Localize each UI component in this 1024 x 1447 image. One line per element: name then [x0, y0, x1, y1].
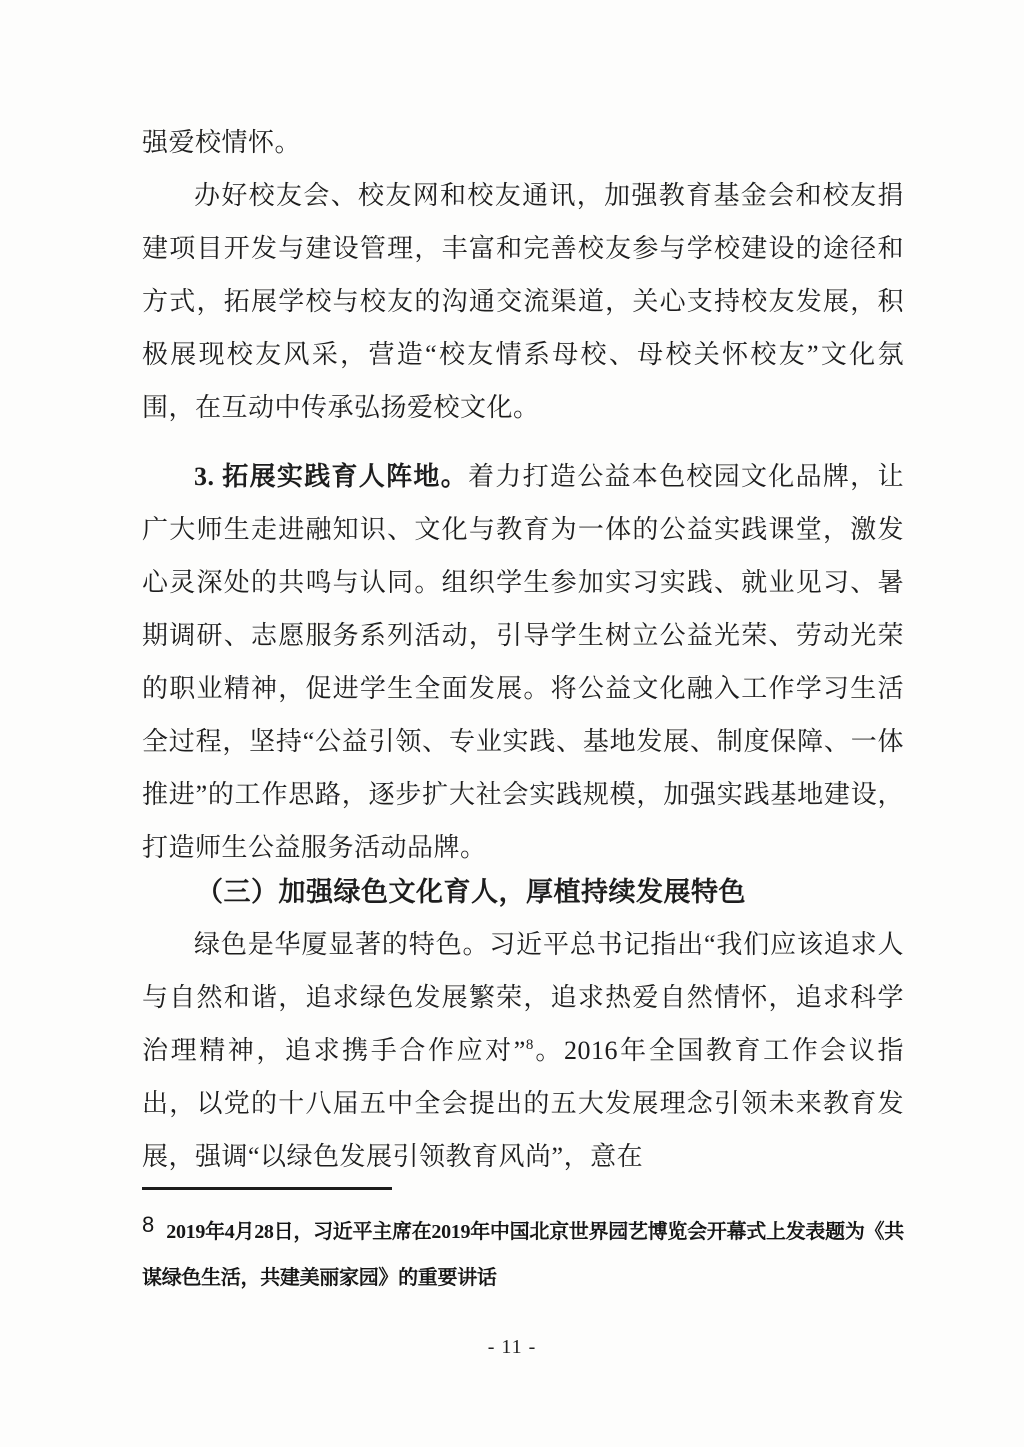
- section-heading-green-culture: （三）加强绿色文化育人，厚植持续发展特色: [142, 868, 904, 916]
- paragraph-alumni-work: 办好校友会、校友网和校友通讯，加强教育基金会和校友捐建项目开发与建设管理，丰富和…: [142, 169, 904, 434]
- paragraph-green-feature: 绿色是华厦显著的特色。习近平总书记指出“我们应该追求人与自然和谐，追求绿色发展繁…: [142, 918, 904, 1183]
- footnote-area: 82019年4月28日，习近平主席在2019年中国北京世界园艺博览会开幕式上发表…: [142, 1187, 904, 1301]
- paragraph-practice-education: 3. 拓展实践育人阵地。着力打造公益本色校园文化品牌，让广大师生走进融知识、文化…: [142, 450, 904, 874]
- paragraph-practice-lead: 3. 拓展实践育人阵地。: [194, 462, 468, 491]
- document-page: 强爱校情怀。 办好校友会、校友网和校友通讯，加强教育基金会和校友捐建项目开发与建…: [0, 0, 1024, 1447]
- page-number: - 11 -: [0, 1336, 1024, 1359]
- page-body-text: 强爱校情怀。 办好校友会、校友网和校友通讯，加强教育基金会和校友捐建项目开发与建…: [142, 116, 904, 1183]
- footnote-separator-rule: [142, 1187, 392, 1190]
- footnote-text: 82019年4月28日，习近平主席在2019年中国北京世界园艺博览会开幕式上发表…: [142, 1202, 904, 1301]
- paragraph-practice-body: 着力打造公益本色校园文化品牌，让广大师生走进融知识、文化与教育为一体的公益实践课…: [142, 462, 904, 862]
- paragraph-continuation: 强爱校情怀。: [142, 116, 904, 169]
- footnote-marker: 8: [142, 1212, 154, 1237]
- footnote-body: 2019年4月28日，习近平主席在2019年中国北京世界园艺博览会开幕式上发表题…: [142, 1221, 904, 1289]
